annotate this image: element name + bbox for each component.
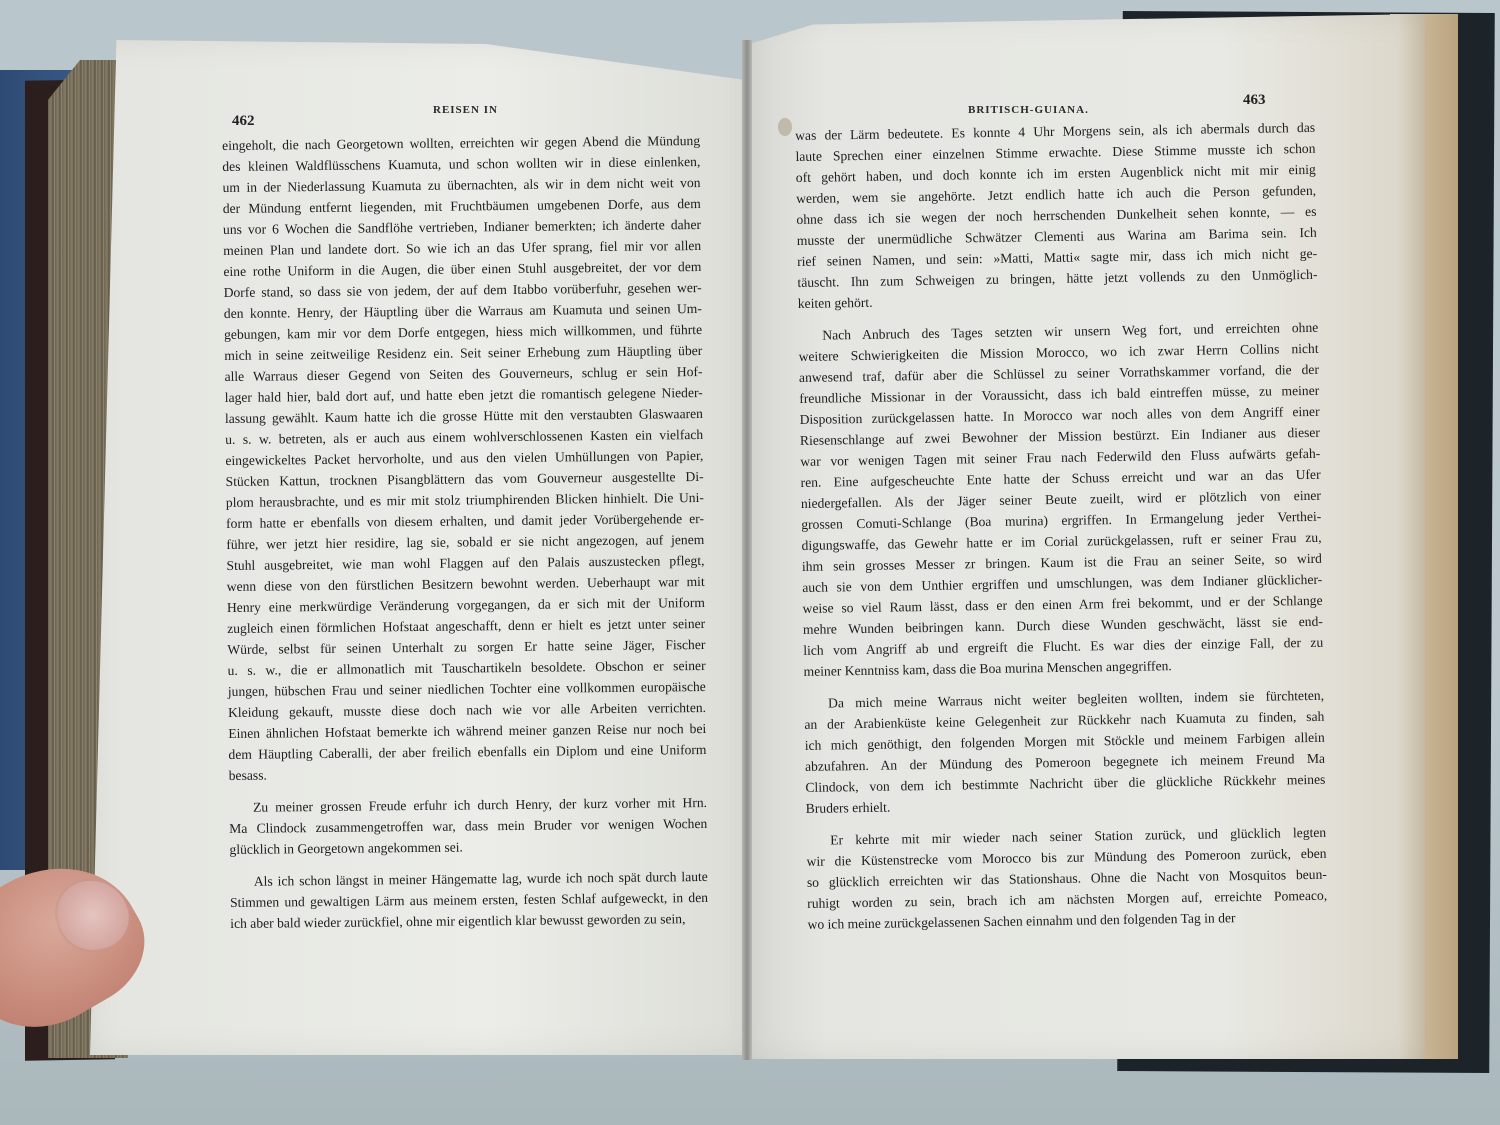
left-page-number: 462 — [232, 113, 255, 130]
right-running-head: BRITISCH-GUIANA. — [968, 104, 1089, 116]
right-page-number: 463 — [1243, 92, 1266, 109]
book-gutter — [742, 40, 752, 1060]
page-stain — [778, 118, 792, 136]
right-page-body: was der Lärm bedeutete. Es konnte 4 Uhr … — [795, 117, 1328, 935]
left-page-body: eingeholt, die nach Georgetown wollten, … — [222, 130, 708, 934]
left-running-head: REISEN IN — [433, 104, 498, 116]
